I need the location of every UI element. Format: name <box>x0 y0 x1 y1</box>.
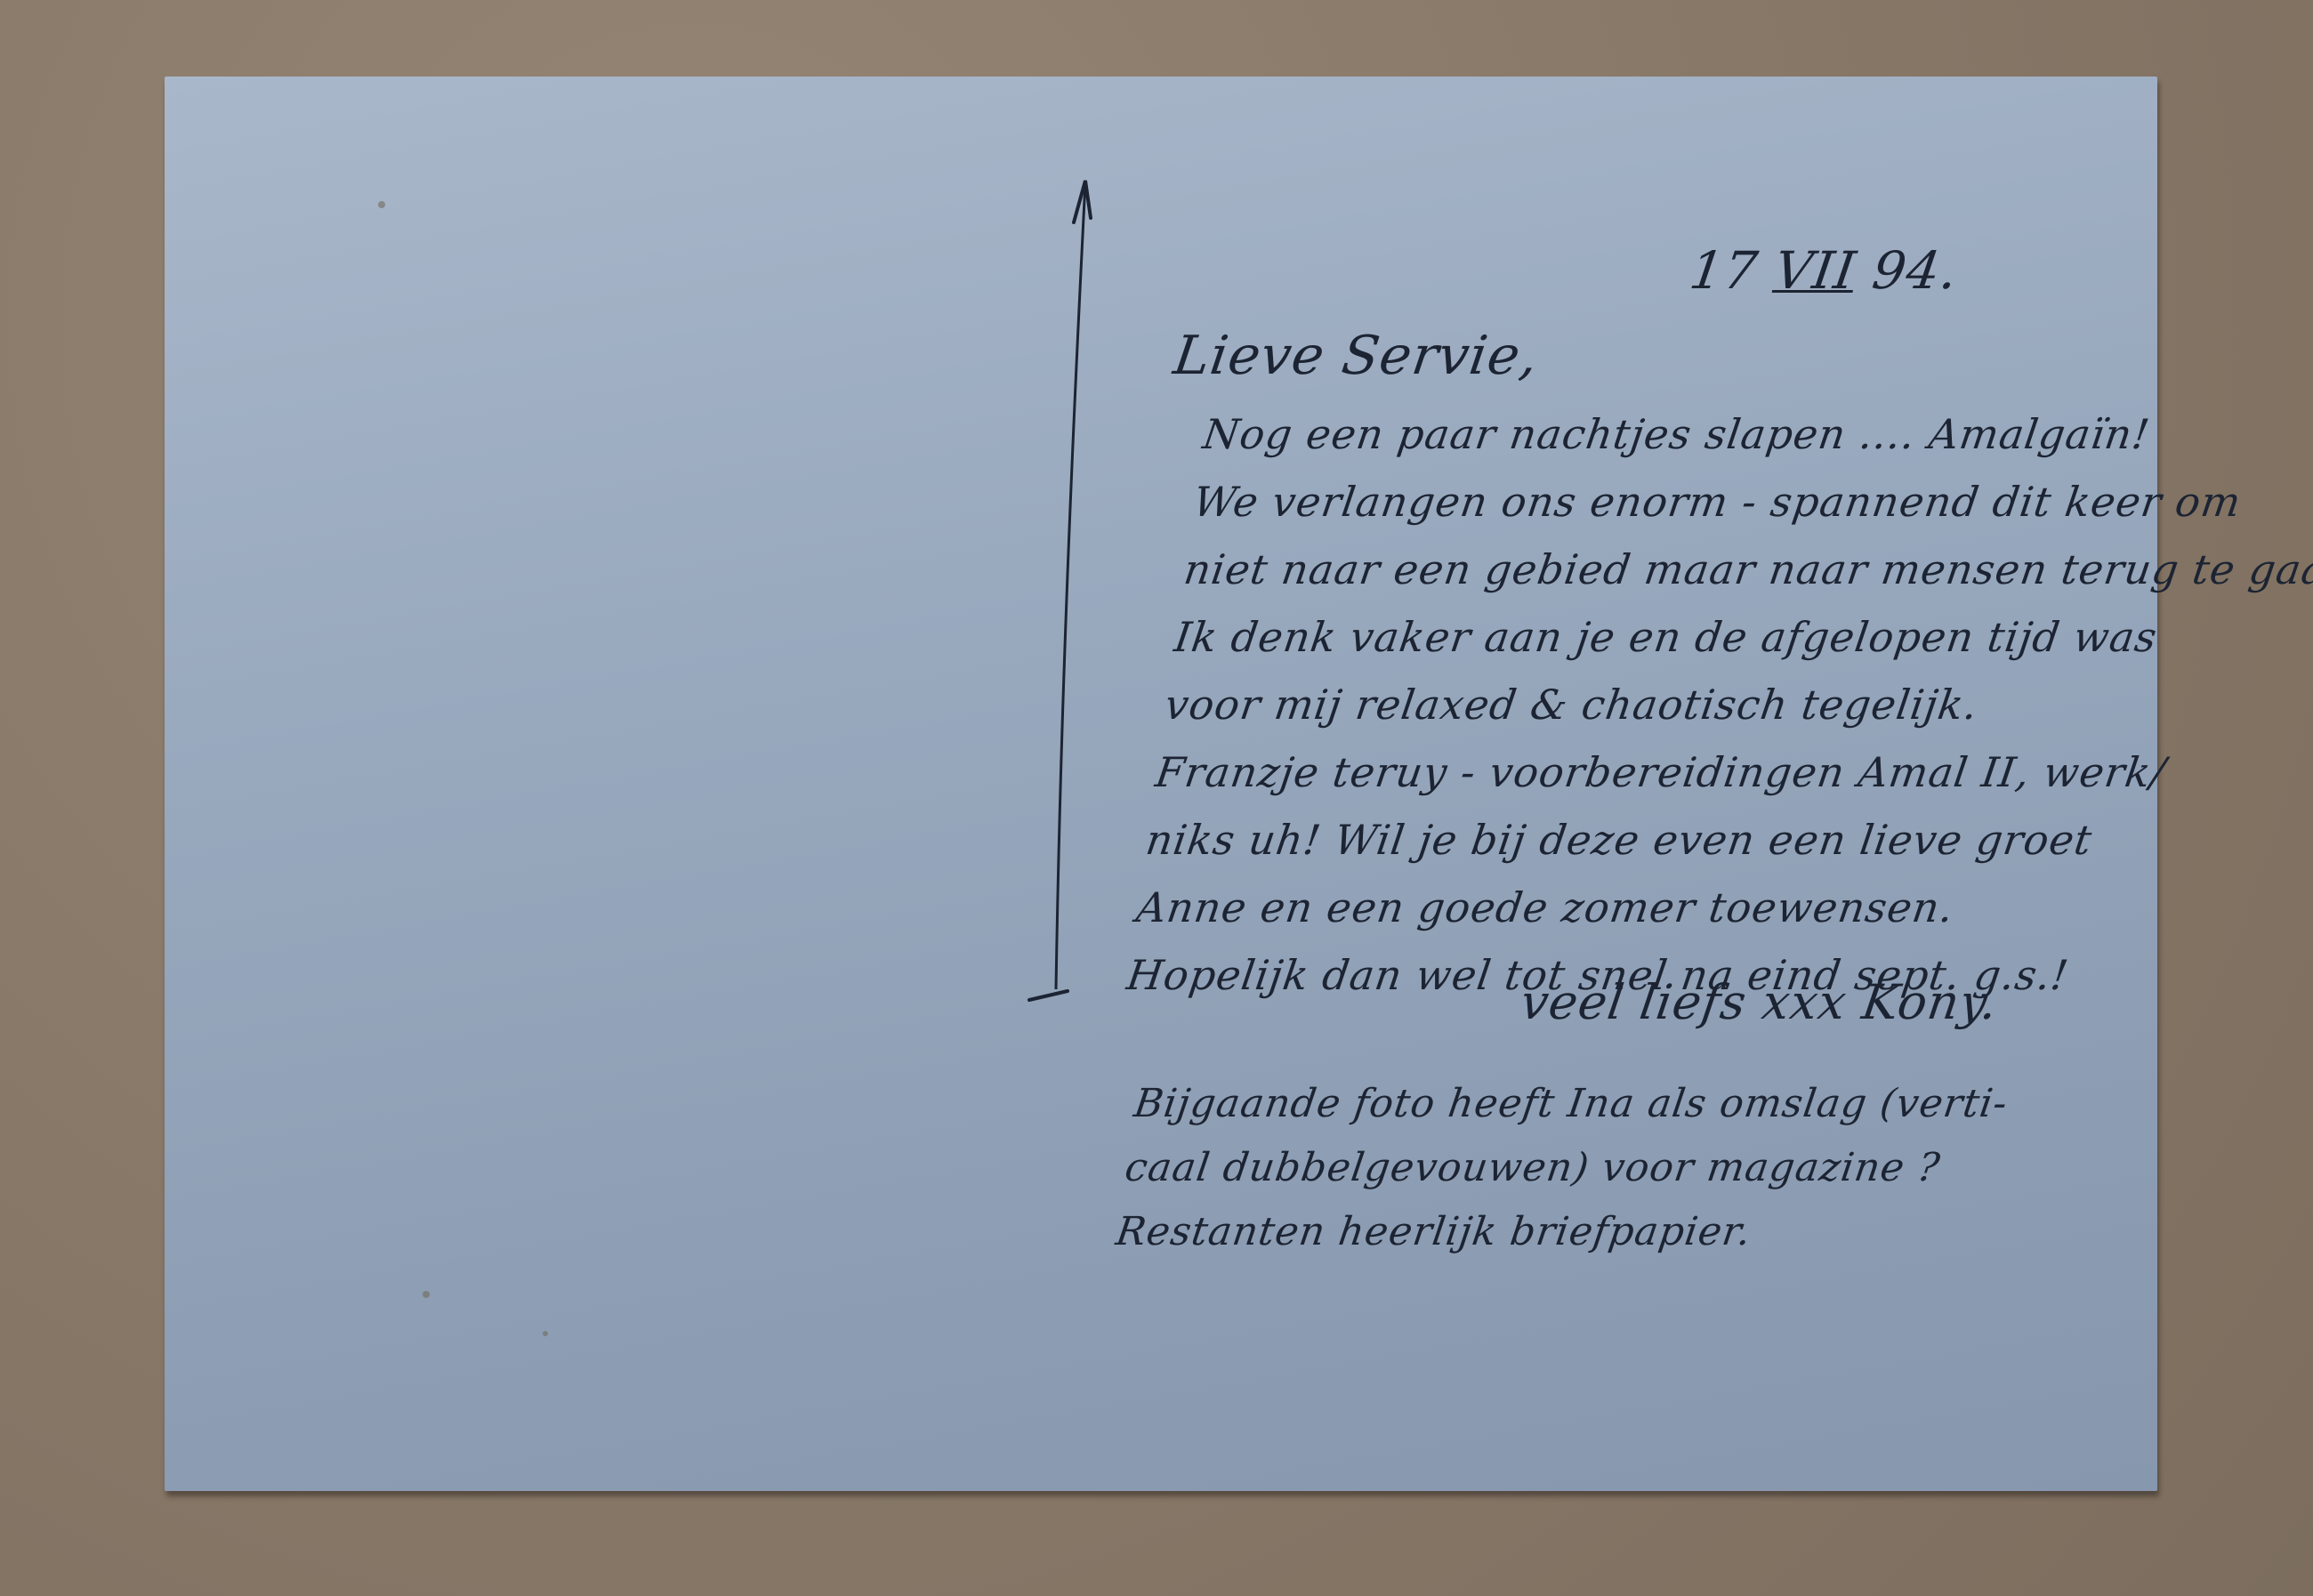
body-line: Franzje teruy - voorbereidingen Amal II,… <box>1151 738 2313 806</box>
closing-signature: veel liefs xxx Kony. <box>1518 974 2002 1030</box>
ps-line: Bijgaande foto heeft Ina als omslag (ver… <box>1130 1072 2011 1136</box>
body-line: We verlangen ons enorm - spannend dit ke… <box>1189 468 2313 536</box>
ps-line: Restanten heerlijk briefpapier. <box>1112 1200 1994 1264</box>
letter-date: 17 VII 94. <box>1686 240 1962 301</box>
salutation: Lieve Servie, <box>1170 325 1543 387</box>
body-line: niet naar een gebied maar naar mensen te… <box>1180 536 2313 603</box>
body-line: Anne en een goede zomer toewensen. <box>1132 874 2313 941</box>
body-line: Ik denk vaker aan je en de afgelopen tij… <box>1170 603 2313 671</box>
postscript: Bijgaande foto heeft Ina als omslag (ver… <box>1112 1072 2012 1264</box>
body-line: voor mij relaxed & chaotisch tegelijk. <box>1161 671 2313 738</box>
body-line: niks uh! Wil je bij deze even een lieve … <box>1141 806 2313 874</box>
letter-body: Nog een paar nachtjes slapen .... Amalga… <box>1123 400 2313 1009</box>
body-line: Nog een paar nachtjes slapen .... Amalga… <box>1198 400 2313 468</box>
ps-line: caal dubbelgevouwen) voor magazine ? <box>1121 1136 2003 1200</box>
